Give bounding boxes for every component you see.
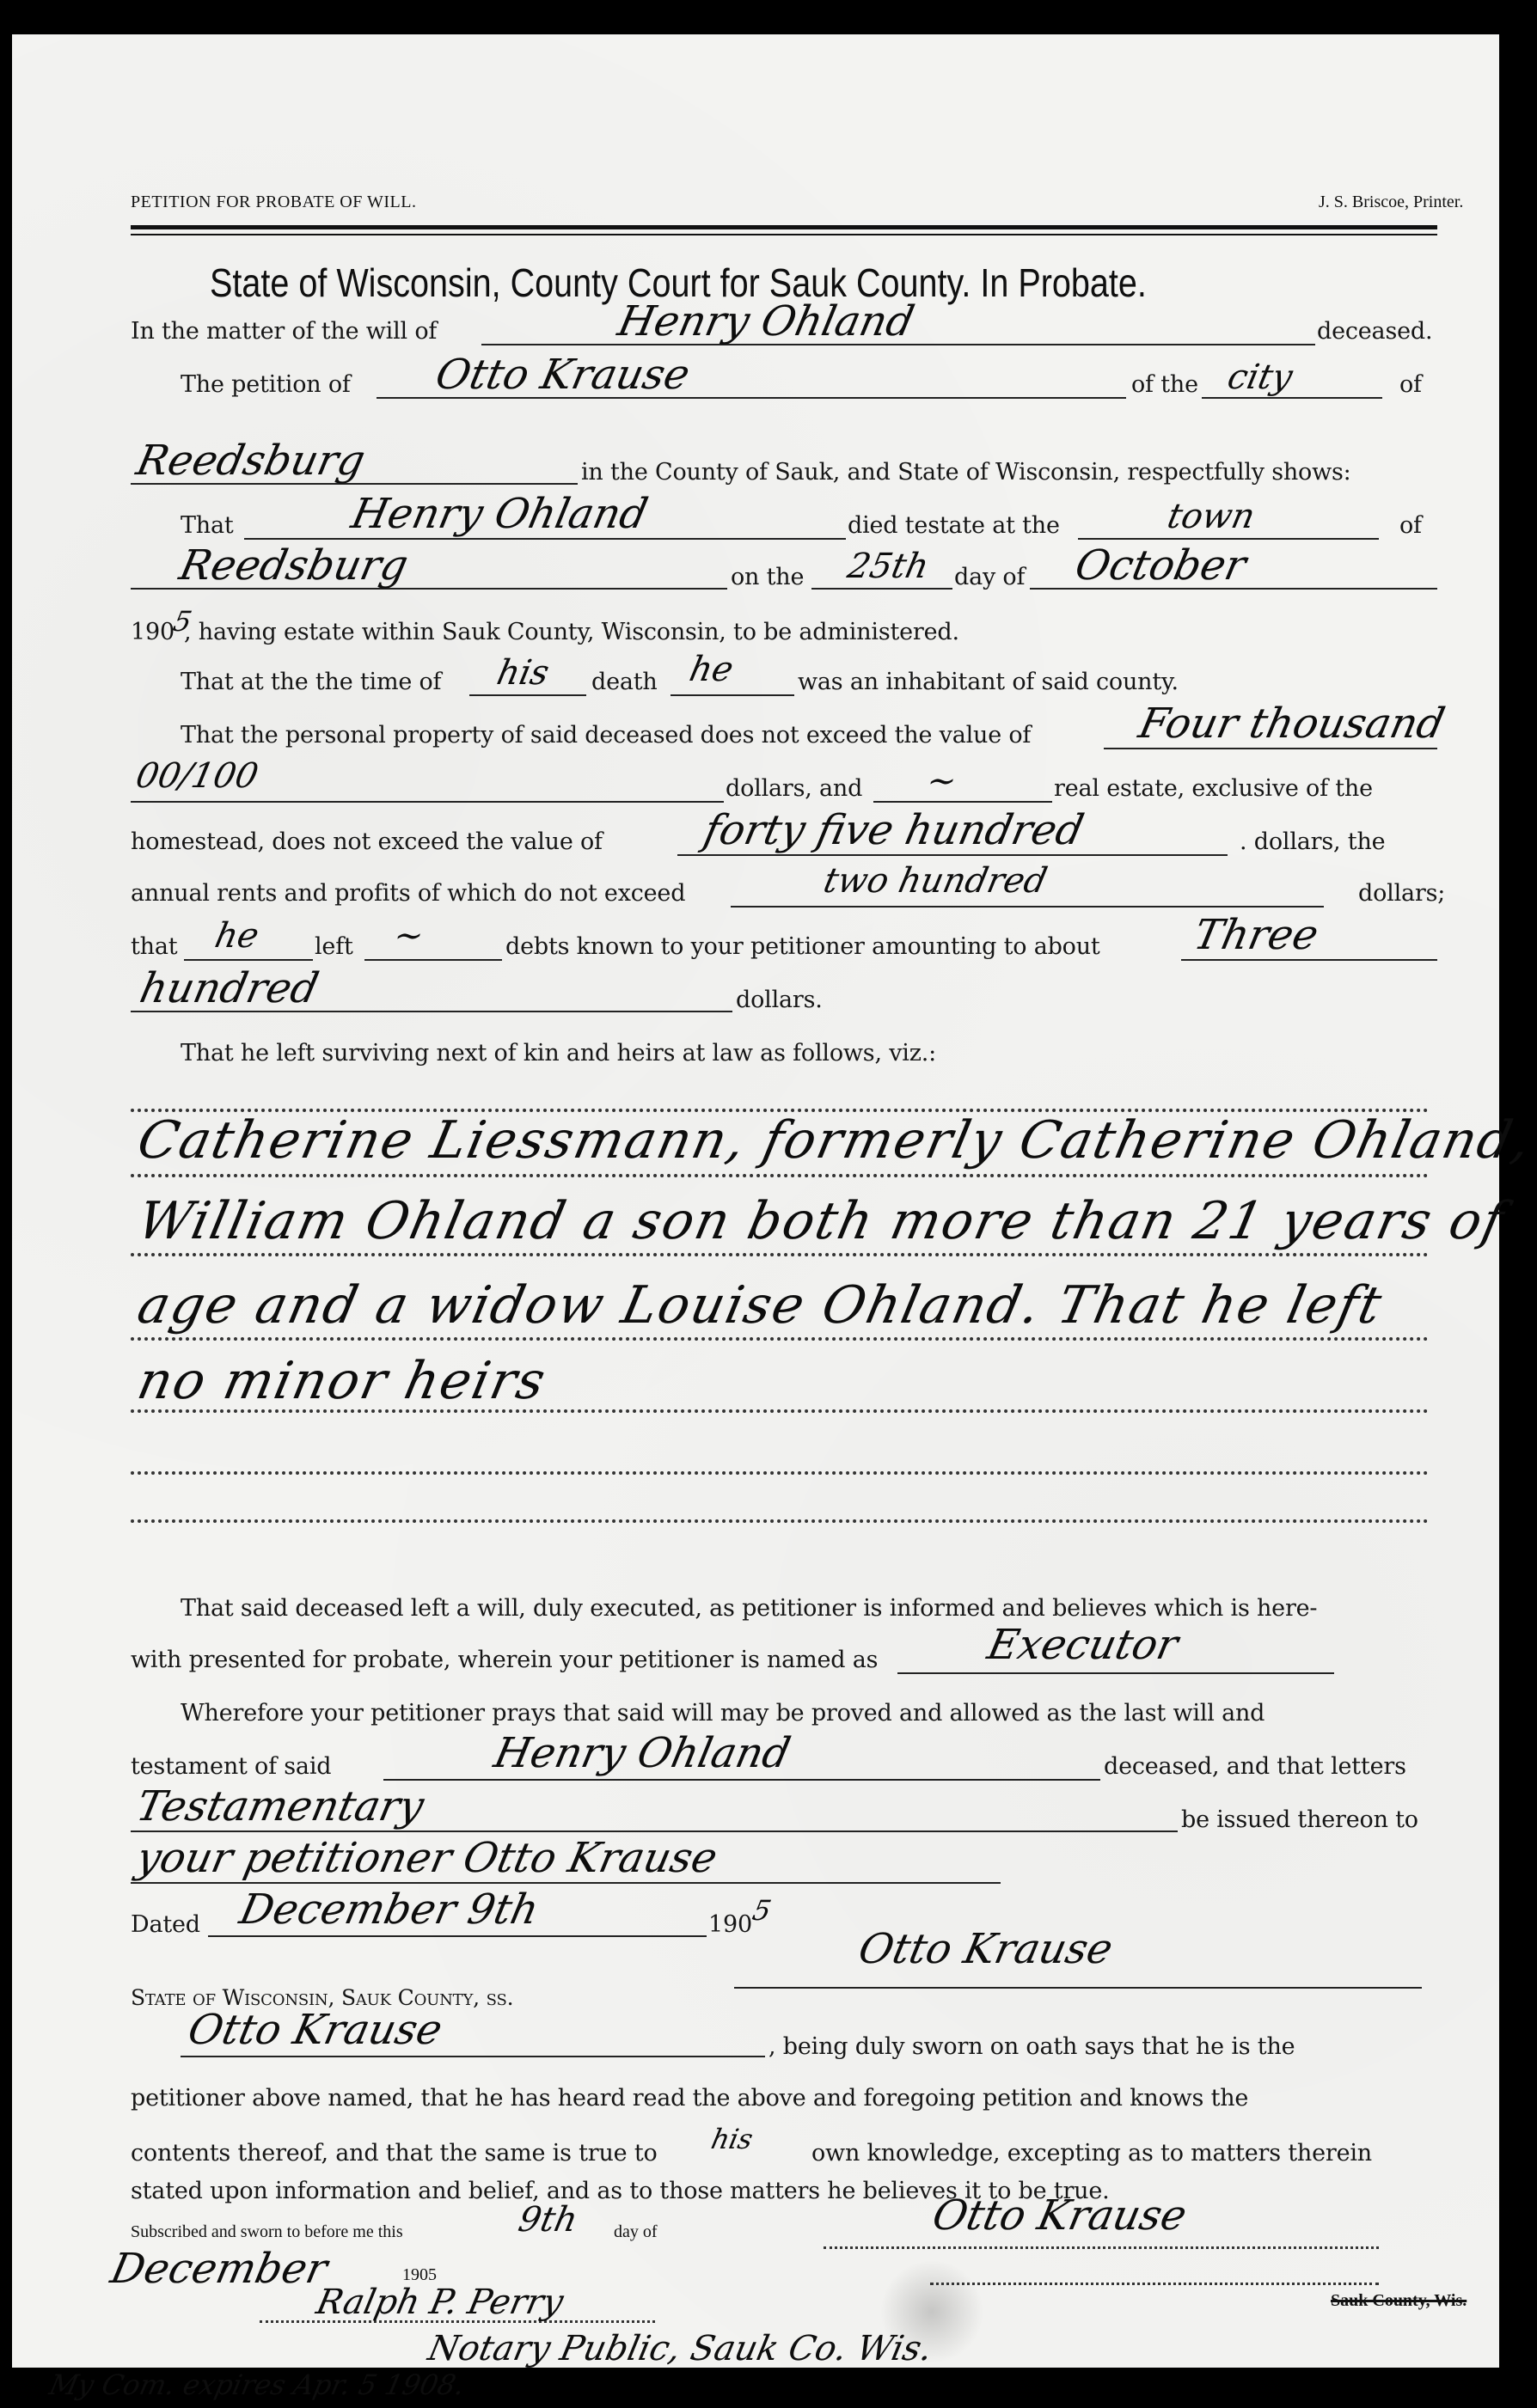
dollars-colon: dollars; bbox=[1358, 880, 1445, 907]
letters-type: Testamentary bbox=[132, 1782, 428, 1830]
death-place-type: town bbox=[1164, 497, 1258, 536]
notary-signature: Ralph P. Perry bbox=[313, 2283, 566, 2322]
personal-property-cont-blank bbox=[131, 801, 724, 803]
debts-value-blank bbox=[1181, 959, 1437, 961]
dated-label: Dated bbox=[131, 1911, 200, 1938]
debts-pronoun: he bbox=[211, 916, 262, 956]
affiant-signature-line bbox=[824, 2246, 1379, 2249]
commission-expiry: My Com. expires Apr. 5 1908. bbox=[46, 2368, 468, 2401]
death-label: death bbox=[591, 669, 658, 695]
estate-text: , having estate within Sauk County, Wisc… bbox=[184, 619, 959, 645]
inhabitant-suffix: was an inhabitant of said county. bbox=[798, 669, 1179, 695]
real-estate-text: real estate, exclusive of the bbox=[1054, 775, 1373, 802]
jurat-day-of: day of bbox=[614, 2222, 658, 2242]
petitioner-name: Otto Krause bbox=[432, 351, 694, 399]
affidavit-line-1: , being duly sworn on oath says that he … bbox=[768, 2033, 1295, 2060]
heirs-dotted-rule bbox=[131, 1174, 1429, 1177]
pronoun-he: he bbox=[686, 650, 737, 689]
that-label-2: that bbox=[131, 933, 177, 960]
real-estate-value-blank bbox=[677, 854, 1228, 856]
county-text: in the County of Sauk, and State of Wisc… bbox=[581, 459, 1351, 486]
testator-name: Henry Ohland bbox=[347, 490, 652, 538]
debts-text: debts known to your petitioner amounting… bbox=[505, 933, 1100, 960]
residence: Reedsburg bbox=[132, 437, 370, 485]
inhabitant-prefix: That at the the time of bbox=[181, 669, 441, 695]
executor-role: Executor bbox=[983, 1621, 1182, 1669]
role-blank bbox=[897, 1672, 1334, 1674]
will-line-2: with presented for probate, wherein your… bbox=[131, 1647, 878, 1673]
day-of-label: day of bbox=[954, 564, 1025, 590]
real-estate-blank bbox=[873, 801, 1052, 803]
municipality-blank bbox=[1202, 397, 1382, 399]
dated-blank bbox=[208, 1935, 707, 1937]
dated-year-prefix: 190 bbox=[708, 1911, 752, 1938]
left-label: left bbox=[315, 933, 353, 960]
affidavit-line-3-suffix: own knowledge, excepting as to matters t… bbox=[811, 2140, 1372, 2167]
rents-value: two hundred bbox=[820, 861, 1050, 901]
heir-line: Catherine Liessmann, formerly Catherine … bbox=[132, 1110, 1537, 1170]
deceased-suffix: deceased. bbox=[1317, 318, 1432, 345]
issued-suffix: be issued thereon to bbox=[1181, 1806, 1418, 1833]
heirs-dotted-rule bbox=[131, 1471, 1429, 1475]
year-prefix: 190 bbox=[131, 619, 175, 645]
notary-title: Notary Public, Sauk Co. Wis. bbox=[425, 2329, 936, 2368]
affidavit-line-3-pronoun: his bbox=[708, 2123, 756, 2155]
debts-pronoun-blank bbox=[184, 959, 313, 961]
heir-line: William Ohland a son both more than 21 y… bbox=[132, 1191, 1510, 1251]
dated-year-digit: 5 bbox=[750, 1894, 774, 1927]
petition-of-label: The petition of bbox=[181, 371, 351, 398]
death-day-blank bbox=[811, 588, 952, 590]
document-page: PETITION FOR PROBATE OF WILL. J. S. Bris… bbox=[12, 34, 1499, 2368]
header-rule-thin bbox=[131, 234, 1437, 235]
of-label: of bbox=[1399, 371, 1422, 398]
heir-line: no minor heirs bbox=[132, 1351, 552, 1411]
matter-prefix: In the matter of the will of bbox=[131, 318, 437, 345]
rents-text: annual rents and profits of which do not… bbox=[131, 880, 685, 907]
county-struck: Sauk County, Wis. bbox=[1331, 2291, 1467, 2311]
letters-type-blank bbox=[131, 1830, 1178, 1832]
signature-line bbox=[734, 1987, 1422, 1989]
death-month: October bbox=[1071, 541, 1250, 590]
municipality-type: city bbox=[1224, 358, 1296, 397]
death-day: 25th bbox=[844, 547, 933, 586]
testament-name-blank bbox=[383, 1779, 1100, 1781]
testator-blank bbox=[244, 538, 846, 540]
jurat-prefix: Subscribed and sworn to before me this bbox=[131, 2222, 403, 2242]
affiant-signature: Otto Krause bbox=[928, 2191, 1191, 2240]
printer-credit: J. S. Briscoe, Printer. bbox=[1319, 193, 1463, 212]
heirs-dotted-rule bbox=[131, 1519, 1429, 1523]
heirs-intro: That he left surviving next of kin and h… bbox=[181, 1040, 936, 1066]
dollars-the: . dollars, the bbox=[1240, 828, 1385, 855]
personal-property-cents: 00/100 bbox=[132, 756, 262, 796]
dollars-period: dollars. bbox=[736, 987, 823, 1013]
personal-property-value: Four thousand bbox=[1135, 700, 1449, 748]
death-place: Reedsburg bbox=[175, 541, 413, 590]
issued-to: your petitioner Otto Krause bbox=[132, 1834, 721, 1882]
death-place-type-blank bbox=[1078, 538, 1379, 540]
testament-name: Henry Ohland bbox=[490, 1729, 794, 1777]
pronoun-his: his bbox=[493, 653, 553, 693]
of-the-label: of the bbox=[1131, 371, 1198, 398]
affiant-name: Otto Krause bbox=[184, 2006, 446, 2054]
heirs-dotted-rule bbox=[131, 1253, 1429, 1256]
testament-prefix: testament of said bbox=[131, 1753, 331, 1780]
affidavit-line-3-prefix: contents thereof, and that the same is t… bbox=[131, 2140, 658, 2167]
personal-property-blank bbox=[1104, 748, 1437, 749]
dated-value: December 9th bbox=[236, 1885, 543, 1934]
affidavit-line-2: petitioner above named, that he has hear… bbox=[131, 2085, 1248, 2112]
death-place-of: of bbox=[1399, 512, 1422, 539]
personal-property-text: That the personal property of said decea… bbox=[181, 722, 1031, 749]
testament-suffix: deceased, and that letters bbox=[1104, 1753, 1406, 1780]
jurat-month: December bbox=[107, 2245, 332, 2293]
rents-value-blank bbox=[731, 906, 1324, 908]
on-the-label: on the bbox=[731, 564, 804, 590]
dollars-and: dollars, and bbox=[726, 775, 862, 802]
real-estate-value: forty five hundred bbox=[700, 806, 1088, 854]
heirs-dotted-rule bbox=[131, 1337, 1429, 1341]
jurat-day: 9th bbox=[515, 2200, 581, 2240]
form-name: PETITION FOR PROBATE OF WILL. bbox=[131, 193, 416, 212]
homestead-text: homestead, does not exceed the value of bbox=[131, 828, 603, 855]
that-label: That bbox=[181, 512, 234, 539]
issued-to-blank bbox=[131, 1882, 1001, 1884]
pronoun-his-blank bbox=[469, 694, 586, 696]
real-estate-blank-mark: ~ bbox=[923, 761, 960, 801]
official-signature-line bbox=[930, 2283, 1379, 2285]
debts-blank bbox=[364, 959, 502, 961]
will-line-1: That said deceased left a will, duly exe… bbox=[181, 1595, 1317, 1622]
affiant-blank bbox=[181, 2056, 765, 2057]
pronoun-he-blank bbox=[671, 694, 794, 696]
will-line-3: Wherefore your petitioner prays that sai… bbox=[181, 1700, 1265, 1727]
died-testate-label: died testate at the bbox=[848, 512, 1060, 539]
heir-line: age and a widow Louise Ohland. That he l… bbox=[132, 1275, 1388, 1335]
header-rule-thick bbox=[131, 225, 1437, 229]
debts-blank-mark: ~ bbox=[390, 916, 427, 956]
deceased-name: Henry Ohland bbox=[614, 297, 918, 345]
debts-value-2: hundred bbox=[136, 964, 322, 1012]
petitioner-signature: Otto Krause bbox=[854, 1925, 1117, 1973]
debts-value-1: Three bbox=[1190, 911, 1323, 959]
